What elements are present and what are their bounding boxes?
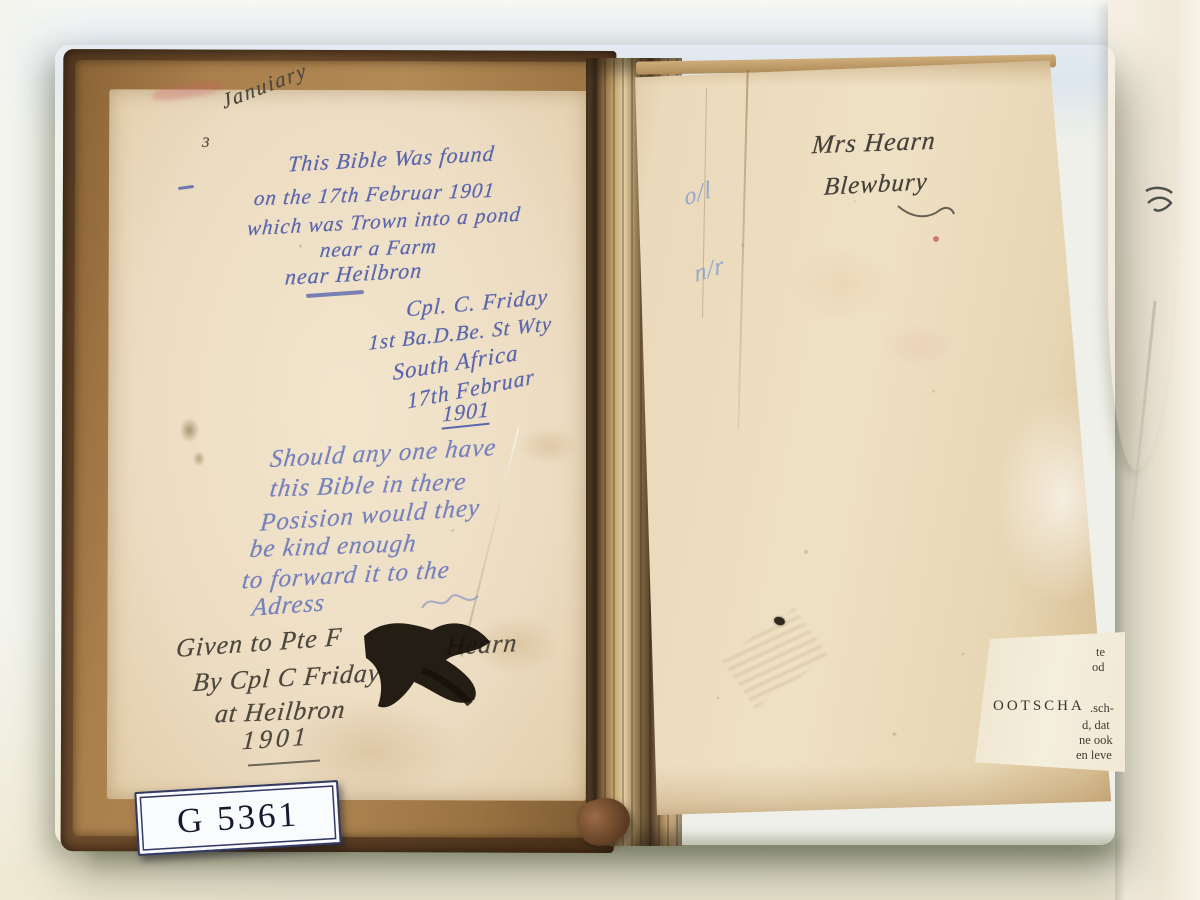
gift-inscription-year: 1901 [241,724,311,755]
photo-of-open-bible: 3 Januiary This Bible Was found on the 1… [0,0,1200,900]
owner-name: Mrs Hearn [811,128,937,158]
pencil-number: 3 [202,136,211,151]
ink-mark-on-cloth [1142,183,1176,217]
catalog-label: G 5361 [134,780,341,856]
signature-flourish [896,200,956,222]
printed-fragment: te [1096,646,1105,659]
printed-fragment: d, dat [1082,719,1110,732]
owner-place: Blewbury [823,169,928,200]
printed-fragment-heading: OOTSCHA [993,699,1085,714]
printed-fragment: ne ook [1079,734,1113,747]
found-inscription-year: 1901 [442,398,491,429]
printed-fragment: en leve [1076,749,1112,762]
request-inscription-line: Adress [251,590,326,620]
catalog-number: G 5361 [176,794,300,841]
printed-fragment: od [1092,661,1105,674]
printed-fragment: .sch- [1090,702,1114,715]
ink-blot [352,612,507,724]
red-stain-dot [933,236,939,242]
request-inscription-line: be kind enough [249,531,419,562]
